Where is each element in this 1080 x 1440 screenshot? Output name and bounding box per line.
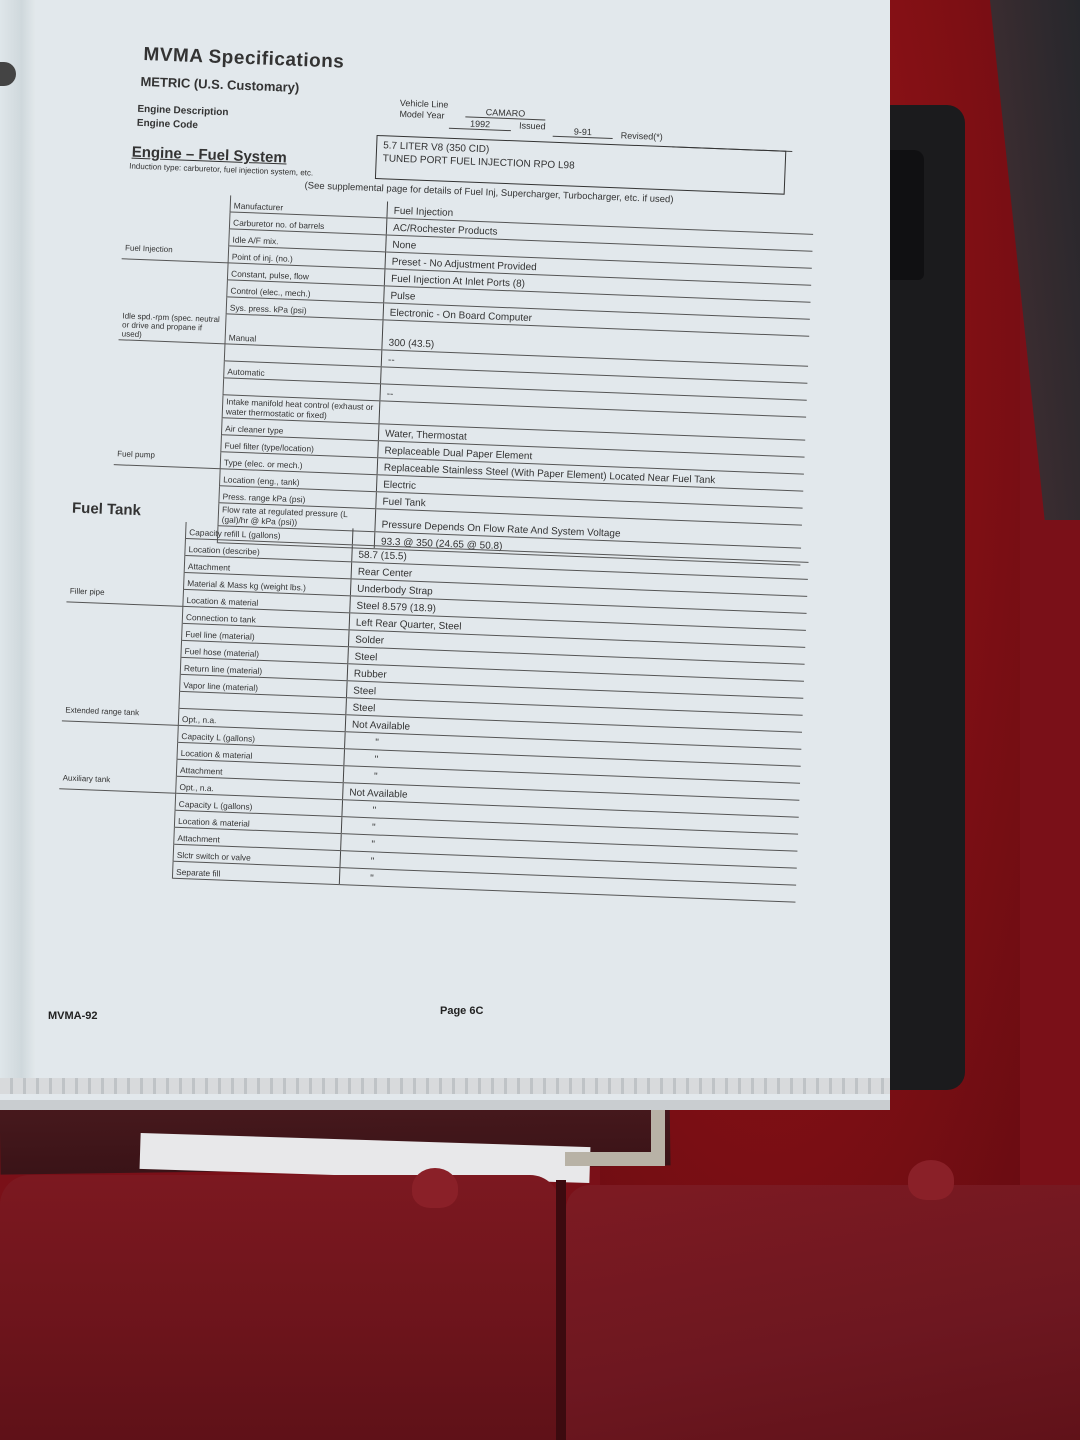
document-title: MVMA Specifications	[143, 44, 345, 74]
row-group-label	[56, 857, 173, 878]
spec-page: MVMA Specifications METRIC (U.S. Customa…	[2, 40, 840, 1070]
footer-doc-code: MVMA-92	[48, 1010, 98, 1022]
console-seam	[556, 1180, 566, 1440]
console-knob	[908, 1160, 954, 1200]
sheet-protector-edge	[0, 1078, 890, 1094]
engine-description-label: Engine Description	[137, 104, 228, 118]
console-panel-left	[0, 1175, 560, 1440]
footer-page-number: Page 6C	[440, 1005, 483, 1017]
vehicle-line-label: Vehicle Line	[400, 98, 449, 110]
engine-code-label: Engine Code	[137, 118, 199, 131]
console-knob	[412, 1168, 458, 1208]
fuel-system-table: ManufacturerFuel InjectionCarburetor no.…	[111, 191, 814, 565]
sheet-protector: MVMA Specifications METRIC (U.S. Customa…	[0, 0, 890, 1110]
console-panel-right	[566, 1185, 1080, 1440]
revised-label: Revised(*)	[621, 130, 663, 142]
issued-value: 9-91	[553, 126, 613, 139]
model-year-value: 1992	[449, 118, 511, 131]
row-group-label: Idle spd.-rpm (spec. neutral or drive an…	[119, 310, 227, 344]
fuel-tank-table: Capacity refill L (gallons)Location (des…	[56, 517, 809, 902]
model-year-label: Model Year	[399, 109, 444, 121]
fuel-tank-heading: Fuel Tank	[72, 500, 142, 520]
issued-label: Issued	[519, 120, 546, 131]
document-subtitle: METRIC (U.S. Customary)	[140, 74, 299, 95]
